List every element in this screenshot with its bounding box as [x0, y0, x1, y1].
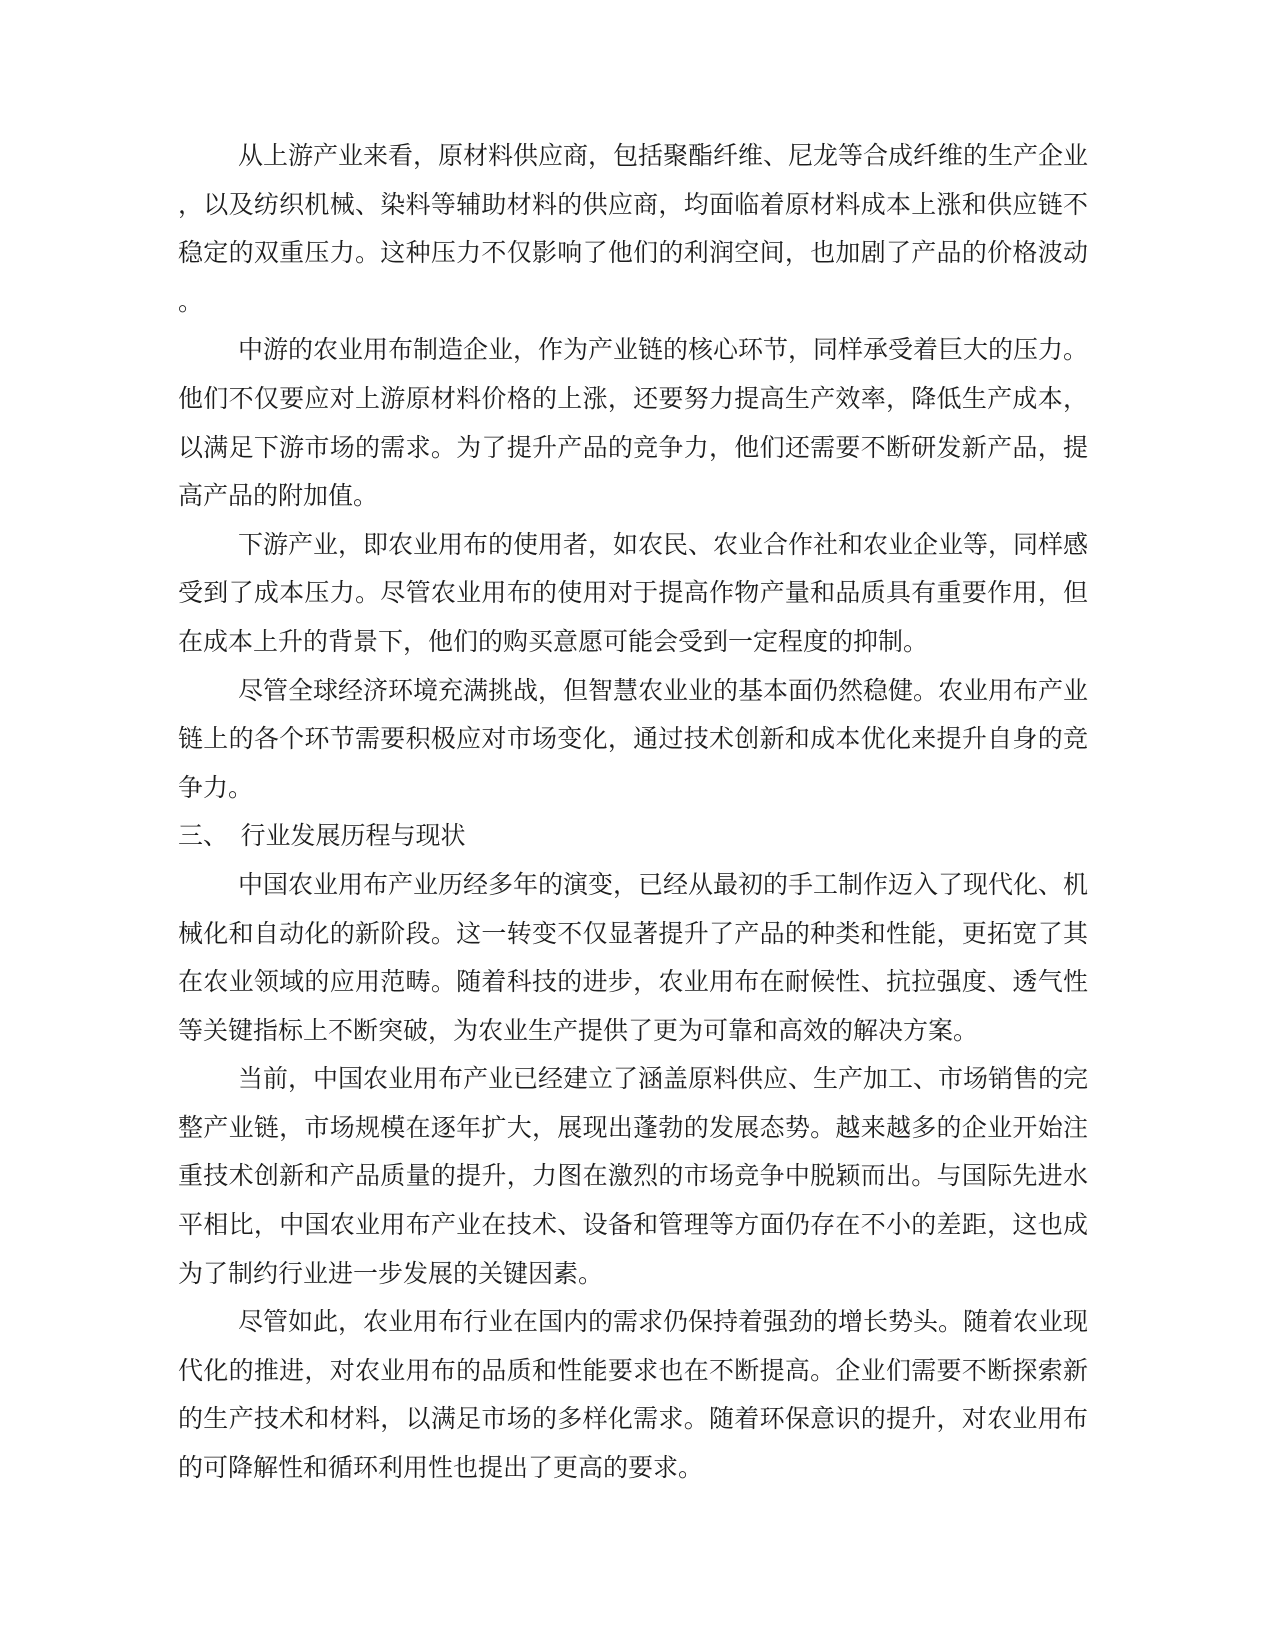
text-line: 受到了成本压力。尽管农业用布的使用对于提高作物产量和品质具有重要作用，但 — [178, 569, 1088, 618]
text-line: 整产业链，市场规模在逐年扩大，展现出蓬勃的发展态势。越来越多的企业开始注 — [178, 1104, 1088, 1153]
text-line: 为了制约行业进一步发展的关键因素。 — [178, 1250, 1088, 1299]
section-heading: 三、 行业发展历程与现状 — [178, 812, 1088, 861]
document-page: 从上游产业来看，原材料供应商，包括聚酯纤维、尼龙等合成纤维的生产企业，以及纺织机… — [0, 0, 1275, 1650]
text-line: 链上的各个环节需要积极应对市场变化，通过技术创新和成本优化来提升自身的竞 — [178, 715, 1088, 764]
text-line: 当前，中国农业用布产业已经建立了涵盖原料供应、生产加工、市场销售的完 — [178, 1055, 1088, 1104]
text-line: 重技术创新和产品质量的提升，力图在激烈的市场竞争中脱颖而出。与国际先进水 — [178, 1152, 1088, 1201]
text-line: 高产品的附加值。 — [178, 472, 1088, 521]
text-line: 的生产技术和材料，以满足市场的多样化需求。随着环保意识的提升，对农业用布 — [178, 1395, 1088, 1444]
text-line: 中游的农业用布制造企业，作为产业链的核心环节，同样承受着巨大的压力。 — [178, 326, 1088, 375]
text-line: 等关键指标上不断突破，为农业生产提供了更为可靠和高效的解决方案。 — [178, 1007, 1088, 1056]
text-line: 从上游产业来看，原材料供应商，包括聚酯纤维、尼龙等合成纤维的生产企业 — [178, 132, 1088, 181]
text-line: 在农业领域的应用范畴。随着科技的进步，农业用布在耐候性、抗拉强度、透气性 — [178, 958, 1088, 1007]
text-line: 。 — [178, 278, 1088, 327]
text-line: ，以及纺织机械、染料等辅助材料的供应商，均面临着原材料成本上涨和供应链不 — [178, 181, 1088, 230]
text-line: 尽管如此，农业用布行业在国内的需求仍保持着强劲的增长势头。随着农业现 — [178, 1298, 1088, 1347]
text-line: 他们不仅要应对上游原材料价格的上涨，还要努力提高生产效率，降低生产成本， — [178, 375, 1088, 424]
text-line: 的可降解性和循环利用性也提出了更高的要求。 — [178, 1444, 1088, 1493]
text-line: 以满足下游市场的需求。为了提升产品的竞争力，他们还需要不断研发新产品，提 — [178, 424, 1088, 473]
text-line: 尽管全球经济环境充满挑战，但智慧农业业的基本面仍然稳健。农业用布产业 — [178, 667, 1088, 716]
document-body: 从上游产业来看，原材料供应商，包括聚酯纤维、尼龙等合成纤维的生产企业，以及纺织机… — [178, 132, 1088, 1493]
text-line: 在成本上升的背景下，他们的购买意愿可能会受到一定程度的抑制。 — [178, 618, 1088, 667]
text-line: 平相比，中国农业用布产业在技术、设备和管理等方面仍存在不小的差距，这也成 — [178, 1201, 1088, 1250]
text-line: 下游产业，即农业用布的使用者，如农民、农业合作社和农业企业等，同样感 — [178, 521, 1088, 570]
text-line: 械化和自动化的新阶段。这一转变不仅显著提升了产品的种类和性能，更拓宽了其 — [178, 910, 1088, 959]
text-line: 稳定的双重压力。这种压力不仅影响了他们的利润空间，也加剧了产品的价格波动 — [178, 229, 1088, 278]
text-line: 中国农业用布产业历经多年的演变，已经从最初的手工制作迈入了现代化、机 — [178, 861, 1088, 910]
text-line: 代化的推进，对农业用布的品质和性能要求也在不断提高。企业们需要不断探索新 — [178, 1347, 1088, 1396]
text-line: 争力。 — [178, 764, 1088, 813]
